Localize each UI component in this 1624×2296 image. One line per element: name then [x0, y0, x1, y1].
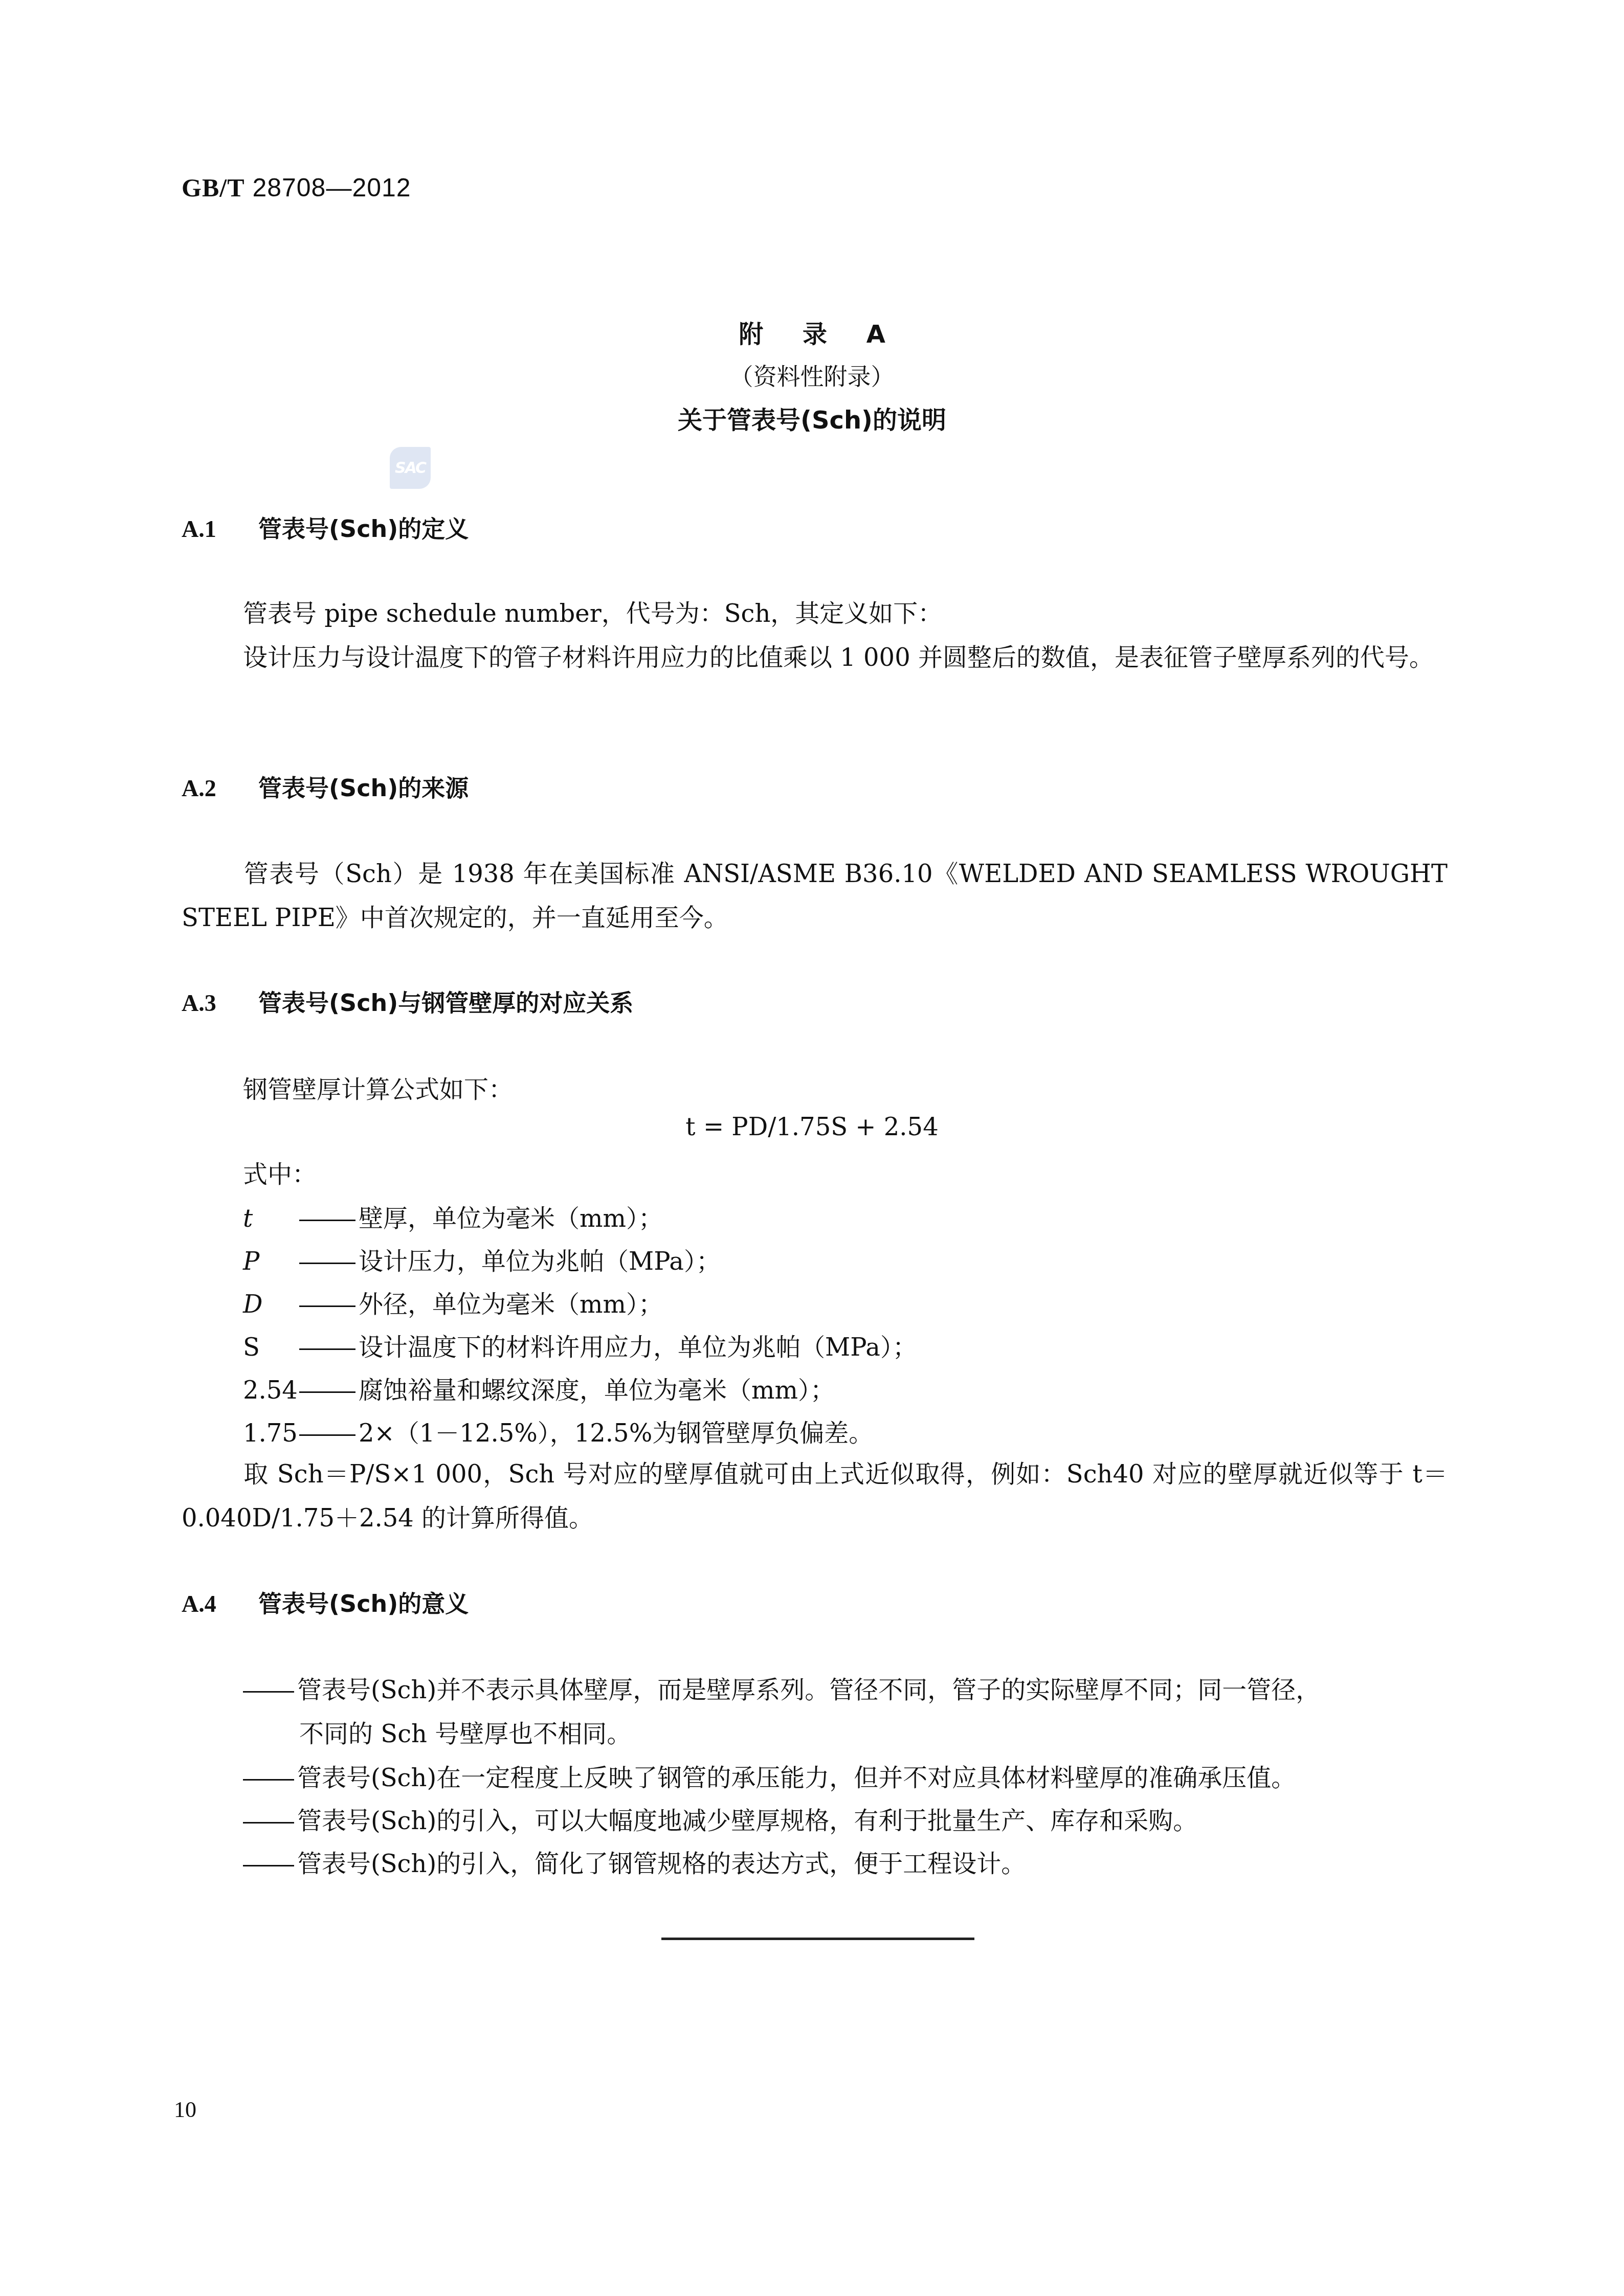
- variable-symbol: t: [243, 1204, 299, 1233]
- em-dash: [299, 1305, 355, 1307]
- paragraph: 管表号 pipe schedule number，代号为：Sch，其定义如下：: [182, 592, 1448, 636]
- em-dash: [299, 1348, 355, 1350]
- em-dash: [243, 1691, 294, 1693]
- em-dash: [299, 1434, 355, 1436]
- section-title: 管表号(Sch)的意义: [258, 1590, 469, 1617]
- section-number: A.4: [182, 1590, 258, 1617]
- em-dash: [243, 1779, 294, 1781]
- section-title: 管表号(Sch)的定义: [258, 515, 469, 543]
- variable-symbol: P: [243, 1247, 299, 1276]
- em-dash: [299, 1220, 355, 1221]
- list-item: 管表号(Sch)在一定程度上反映了钢管的承压能力，但并不对应具体材料壁厚的准确承…: [243, 1756, 1448, 1800]
- variable-symbol: 1.75: [243, 1419, 299, 1448]
- section-title: 管表号(Sch)与钢管壁厚的对应关系: [258, 989, 633, 1017]
- variable-description: 外径，单位为毫米（mm）；: [359, 1290, 663, 1319]
- paragraph: 管表号（Sch）是 1938 年在美国标准 ANSI/ASME B36.10《W…: [182, 852, 1448, 940]
- formula: t = PD/1.75S + 2.54: [0, 1113, 1624, 1141]
- appendix-subtitle: （资料性附录）: [0, 358, 1624, 392]
- paragraph: 取 Sch＝P/S×1 000，Sch 号对应的壁厚值就可由上式近似取得，例如：…: [182, 1452, 1448, 1540]
- section-number: A.2: [182, 775, 258, 802]
- variable-symbol: 2.54: [243, 1376, 299, 1405]
- document-header: GB/T 28708—2012: [182, 173, 411, 202]
- variable-row: S设计温度下的材料许用应力，单位为兆帕（MPa）；: [243, 1327, 917, 1363]
- variable-row: t壁厚，单位为毫米（mm）；: [243, 1199, 663, 1234]
- appendix-title: 附 录 A: [0, 314, 1624, 350]
- section-title: 管表号(Sch)的来源: [258, 774, 469, 802]
- em-dash: [299, 1263, 355, 1264]
- variable-symbol: D: [243, 1290, 299, 1319]
- list-item: 管表号(Sch)的引入，简化了钢管规格的表达方式，便于工程设计。: [243, 1842, 1448, 1886]
- em-dash: [243, 1865, 294, 1866]
- section-number: A.3: [182, 989, 258, 1017]
- list-item: 管表号(Sch)的引入，可以大幅度地减少壁厚规格，有利于批量生产、库存和采购。: [243, 1799, 1448, 1843]
- variable-row: 2.54腐蚀裕量和螺纹深度，单位为毫米（mm）；: [243, 1370, 835, 1406]
- variable-description: 腐蚀裕量和螺纹深度，单位为毫米（mm）；: [359, 1376, 835, 1405]
- variable-row: P设计压力，单位为兆帕（MPa）；: [243, 1242, 721, 1277]
- variable-row: 1.752×（1－12.5%），12.5%为钢管壁厚负偏差。: [243, 1413, 873, 1449]
- variable-description: 2×（1－12.5%），12.5%为钢管壁厚负偏差。: [359, 1419, 873, 1448]
- section-heading-a4: A.4管表号(Sch)的意义: [182, 1585, 469, 1619]
- section-heading-a1: A.1管表号(Sch)的定义: [182, 510, 469, 544]
- section-number: A.1: [182, 515, 258, 543]
- page-number: 10: [174, 2097, 196, 2123]
- variable-description: 设计温度下的材料许用应力，单位为兆帕（MPa）；: [359, 1333, 917, 1362]
- variable-row: D外径，单位为毫米（mm）；: [243, 1285, 663, 1320]
- variable-symbol: S: [243, 1333, 299, 1362]
- em-dash: [243, 1822, 294, 1824]
- appendix-heading: 关于管表号(Sch)的说明: [0, 400, 1624, 436]
- section-heading-a2: A.2管表号(Sch)的来源: [182, 770, 469, 803]
- variable-description: 设计压力，单位为兆帕（MPa）；: [359, 1247, 721, 1276]
- section-heading-a3: A.3管表号(Sch)与钢管壁厚的对应关系: [182, 984, 633, 1018]
- formula-intro: 钢管壁厚计算公式如下：: [243, 1070, 513, 1105]
- standard-prefix: GB/T: [182, 173, 244, 202]
- standard-number: 28708—2012: [252, 173, 411, 202]
- paragraph: 设计压力与设计温度下的管子材料许用应力的比值乘以 1 000 并圆整后的数值，是…: [182, 636, 1448, 680]
- where-label: 式中：: [243, 1155, 317, 1190]
- variable-description: 壁厚，单位为毫米（mm）；: [359, 1204, 663, 1233]
- em-dash: [299, 1391, 355, 1393]
- sac-logo-icon: SAC: [390, 447, 431, 489]
- list-item: 管表号(Sch)并不表示具体壁厚，而是壁厚系列。管径不同，管子的实际壁厚不同；同…: [243, 1668, 1448, 1756]
- end-of-document-rule: [661, 1938, 974, 1940]
